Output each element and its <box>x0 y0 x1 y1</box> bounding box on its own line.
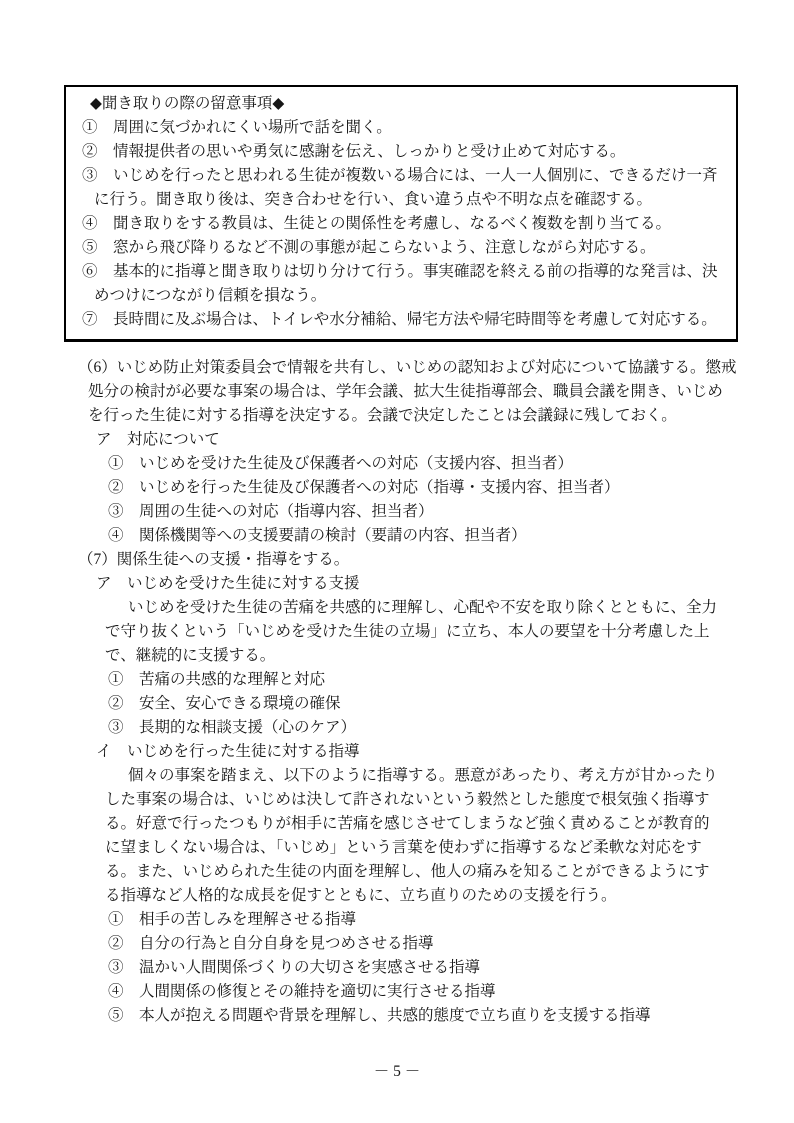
notice-box-title: ◆聞き取りの際の留意事項◆ <box>66 92 736 116</box>
section-6-line-1: （6）いじめ防止対策委員会で情報を共有し、いじめの認知および対応について協議する… <box>0 356 794 380</box>
section-7-i-item-5: ⑤ 本人が抱える問題や背景を理解し、共感的態度で立ち直りを支援する指導 <box>0 1004 794 1028</box>
notice-item-7: ⑦ 長時間に及ぶ場合は、トイレや水分補給、帰宅方法や帰宅時間等を考慮して対応する… <box>66 308 736 332</box>
document-body: （6）いじめ防止対策委員会で情報を共有し、いじめの認知および対応について協議する… <box>0 356 794 1028</box>
section-7-a-item-3: ③ 長期的な相談支援（心のケア） <box>0 716 794 740</box>
section-7-i-item-2: ② 自分の行為と自分自身を見つめさせる指導 <box>0 932 794 956</box>
section-7-i-para-line-3: る。好意で行ったつもりが相手に苦痛を感じさせてしまうなど強く責めることが教育的 <box>0 812 794 836</box>
section-6-line-2: 処分の検討が必要な事案の場合は、学年会議、拡大生徒指導部会、職員会議を開き、いじ… <box>0 380 794 404</box>
notice-item-3: ③ いじめを行ったと思われる生徒が複数いる場合には、一人一人個別に、できるだけ一… <box>66 164 736 188</box>
section-6-line-3: を行った生徒に対する指導を決定する。会議で決定したことは会議録に残しておく。 <box>0 404 794 428</box>
section-6-sub-a-heading: ア 対応について <box>0 428 794 452</box>
section-7-i-item-4: ④ 人間関係の修復とその維持を適切に実行させる指導 <box>0 980 794 1004</box>
section-7-i-para-line-4: に望ましくない場合は、「いじめ」という言葉を使わずに指導するなど柔軟な対応をす <box>0 836 794 860</box>
notice-item-1: ① 周囲に気づかれにくい場所で話を聞く。 <box>66 116 736 140</box>
section-7-i-item-1: ① 相手の苦しみを理解させる指導 <box>0 908 794 932</box>
section-7-a-para-line-3: で、継続的に支援する。 <box>0 644 794 668</box>
notice-item-5: ⑤ 窓から飛び降りるなど不測の事態が起こらないよう、注意しながら対応する。 <box>66 236 736 260</box>
section-7-sub-a-heading: ア いじめを受けた生徒に対する支援 <box>0 572 794 596</box>
section-7-i-item-3: ③ 温かい人間関係づくりの大切さを実感させる指導 <box>0 956 794 980</box>
section-7-a-para-line-2: で守り抜くという「いじめを受けた生徒の立場」に立ち、本人の要望を十分考慮した上 <box>0 620 794 644</box>
section-6-item-4: ④ 関係機関等への支援要請の検討（要請の内容、担当者） <box>0 524 794 548</box>
section-6-item-1: ① いじめを受けた生徒及び保護者への対応（支援内容、担当者） <box>0 452 794 476</box>
section-7-i-para-line-2: した事案の場合は、いじめは決して許されないという毅然とした態度で根気強く指導す <box>0 788 794 812</box>
section-7-i-para-line-6: る指導など人格的な成長を促すとともに、立ち直りのための支援を行う。 <box>0 884 794 908</box>
section-7-a-item-2: ② 安全、安心できる環境の確保 <box>0 692 794 716</box>
document-page: ◆聞き取りの際の留意事項◆ ① 周囲に気づかれにくい場所で話を聞く。② 情報提供… <box>0 0 794 1123</box>
section-7-sub-i-heading: イ いじめを行った生徒に対する指導 <box>0 740 794 764</box>
section-7-a-item-1: ① 苦痛の共感的な理解と対応 <box>0 668 794 692</box>
notice-box-lines: ① 周囲に気づかれにくい場所で話を聞く。② 情報提供者の思いや勇気に感謝を伝え、… <box>66 116 736 332</box>
section-7-a-para-line-1: いじめを受けた生徒の苦痛を共感的に理解し、心配や不安を取り除くとともに、全力 <box>0 596 794 620</box>
section-6-item-2: ② いじめを行った生徒及び保護者への対応（指導・支援内容、担当者） <box>0 476 794 500</box>
notice-item-6-wrap: めつけにつながり信頼を損なう。 <box>66 284 736 308</box>
notice-item-2: ② 情報提供者の思いや勇気に感謝を伝え、しっかりと受け止めて対応する。 <box>66 140 736 164</box>
section-7-i-para-line-1: 個々の事案を踏まえ、以下のように指導する。悪意があったり、考え方が甘かったり <box>0 764 794 788</box>
notice-item-3-wrap: に行う。聞き取り後は、突き合わせを行い、食い違う点や不明な点を確認する。 <box>66 188 736 212</box>
interview-notice-box: ◆聞き取りの際の留意事項◆ ① 周囲に気づかれにくい場所で話を聞く。② 情報提供… <box>64 85 738 342</box>
section-7-i-para-line-5: る。また、いじめられた生徒の内面を理解し、他人の痛みを知ることができるようにす <box>0 860 794 884</box>
notice-item-6: ⑥ 基本的に指導と聞き取りは切り分けて行う。事実確認を終える前の指導的な発言は、… <box>66 260 736 284</box>
section-6-item-3: ③ 周囲の生徒への対応（指導内容、担当者） <box>0 500 794 524</box>
section-7-heading: （7）関係生徒への支援・指導をする。 <box>0 548 794 572</box>
notice-item-4: ④ 聞き取りをする教員は、生徒との関係性を考慮し、なるべく複数を割り当てる。 <box>66 212 736 236</box>
page-number: － 5 － <box>0 1060 794 1084</box>
